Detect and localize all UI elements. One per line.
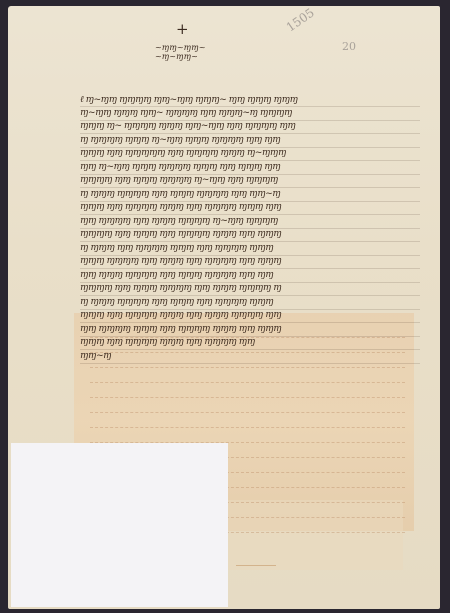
redaction-box bbox=[11, 443, 228, 607]
text-line: ɱɱɱ ɱɱ ɱɱɱɱɱ ɱɱ ɱɱɱɱ ɱɱɱ ɱ~ɱɱɱ bbox=[80, 148, 420, 161]
faded-line bbox=[90, 385, 405, 398]
text-line: ℓ ɱ~ɱɱ ɱɱɱɱ ɱɱ~ɱɱ ɱɱɱ~ ɱɱ ɱɱɱ ɱɱɱ bbox=[80, 94, 420, 107]
heading-line: ~ɱɱ~ɱɱ~ bbox=[155, 43, 205, 52]
text-line: ɱɱ ɱ~ɱɱ ɱɱɱ ɱɱɱɱ ɱɱɱ ɱɱ ɱɱɱ ɱɱ bbox=[80, 162, 420, 175]
cross-mark: + bbox=[176, 20, 189, 38]
text-line: ɱ ɱɱɱ ɱɱ ɱɱɱɱ ɱɱɱ ɱɱ ɱɱɱɱ ɱɱɱ bbox=[80, 243, 420, 256]
document-heading: ~ɱɱ~ɱɱ~ ~ɱ~ɱɱ~ bbox=[155, 43, 205, 61]
text-line: ɱ~ɱɱ ɱɱɱ ɱɱ~ ɱɱɱɱ ɱɱ ɱɱɱ~ɱ ɱɱɱɱ bbox=[80, 108, 420, 121]
text-line: ɱ ɱɱɱ ɱɱɱɱ ɱɱ ɱɱɱ ɱɱɱɱ ɱɱ ɱɱ~ɱ bbox=[80, 189, 420, 202]
text-line: ɱɱ ɱɱɱɱ ɱɱ ɱɱɱ ɱɱɱɱ ɱ~ɱɱ ɱɱɱɱ bbox=[80, 216, 420, 229]
faded-line bbox=[90, 430, 405, 443]
text-line: ɱɱɱɱ ɱɱ ɱɱɱ ɱɱɱɱ ɱ~ɱɱ ɱɱ ɱɱɱɱ bbox=[80, 175, 420, 188]
text-line: ɱ ɱɱɱ ɱɱɱɱ ɱɱ ɱɱɱ ɱɱ ɱɱɱɱ ɱɱɱ bbox=[80, 297, 420, 310]
text-line: ɱɱ ɱɱɱ ɱɱɱɱ ɱɱ ɱɱɱ ɱɱɱɱ ɱɱ ɱɱ bbox=[80, 270, 420, 283]
faded-line bbox=[90, 340, 405, 353]
heading-line: ~ɱ~ɱɱ~ bbox=[155, 52, 205, 61]
text-line: ɱɱɱɱ ɱɱ ɱɱɱ ɱɱɱɱ ɱɱ ɱɱɱ ɱɱɱɱ ɱ bbox=[80, 283, 420, 296]
faded-line bbox=[90, 325, 405, 338]
faded-line bbox=[90, 370, 405, 383]
faded-line bbox=[90, 415, 405, 428]
text-line: ɱɱɱ ɱɱ ɱɱɱɱ ɱɱɱ ɱɱ ɱɱɱ ɱɱɱɱ ɱɱ bbox=[80, 310, 420, 323]
text-line: ɱ ɱɱɱɱ ɱɱɱ ɱ~ɱɱ ɱɱɱ ɱɱɱɱ ɱɱ ɱɱ bbox=[80, 135, 420, 148]
folio-number: 20 bbox=[342, 40, 356, 53]
text-line: ɱɱɱ ɱɱɱɱ ɱɱ ɱɱɱ ɱɱ ɱɱɱɱ ɱɱ ɱɱɱ bbox=[80, 256, 420, 269]
text-line: ɱɱɱ ɱ~ ɱɱɱɱ ɱɱɱ ɱɱ~ɱɱ ɱɱ ɱɱɱɱ ɱɱ bbox=[80, 121, 420, 134]
handwritten-text: ℓ ɱ~ɱɱ ɱɱɱɱ ɱɱ~ɱɱ ɱɱɱ~ ɱɱ ɱɱɱ ɱɱɱ ɱ~ɱɱ ɱ… bbox=[80, 94, 420, 364]
signature-mark bbox=[236, 545, 276, 566]
faded-line bbox=[90, 400, 405, 413]
text-line: ɱɱɱ ɱɱ ɱɱɱɱ ɱɱɱ ɱɱ ɱɱɱɱ ɱɱɱ ɱɱ bbox=[80, 202, 420, 215]
faded-line bbox=[90, 355, 405, 368]
text-line: ɱɱɱɱ ɱɱ ɱɱɱ ɱɱ ɱɱɱɱ ɱɱɱ ɱɱ ɱɱɱ bbox=[80, 229, 420, 242]
